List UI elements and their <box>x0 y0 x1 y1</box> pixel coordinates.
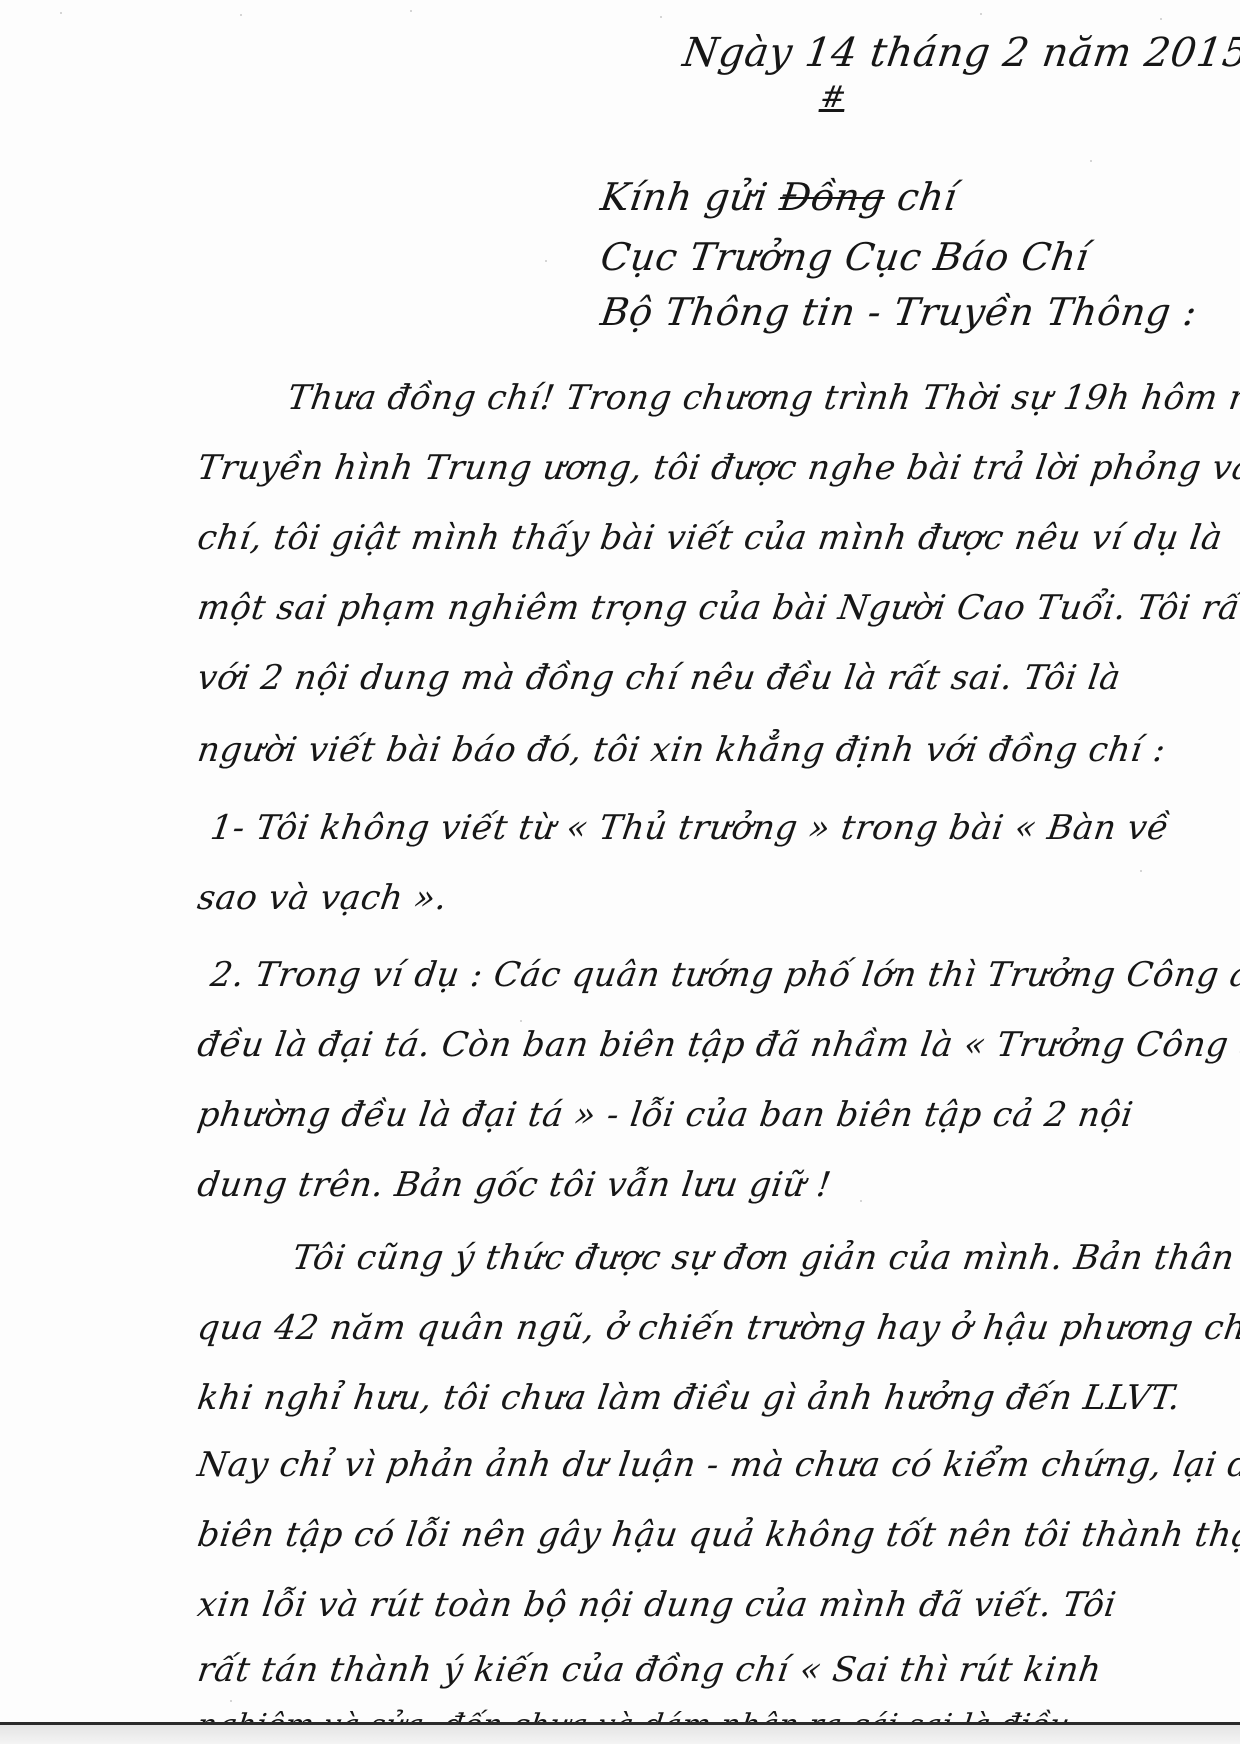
body-line: qua 42 năm quân ngũ, ở chiến trường hay … <box>195 1308 1240 1348</box>
body-line: Tôi cũng ý thức được sự đơn giản của mìn… <box>290 1238 1240 1278</box>
scan-speckle <box>660 16 662 18</box>
salutation-suffix: chí <box>894 175 960 219</box>
scan-speckle <box>230 1700 232 1702</box>
salutation-prefix: Kính gửi <box>598 175 771 219</box>
scan-speckle <box>860 1200 862 1202</box>
scan-speckle <box>240 14 242 16</box>
body-line: biên tập có lỗi nên gây hậu quả không tố… <box>195 1515 1240 1555</box>
body-line: với 2 nội dung mà đồng chí nêu đều là rấ… <box>195 658 1123 698</box>
body-line: chí, tôi giật mình thấy bài viết của mìn… <box>195 518 1225 558</box>
body-line: khi nghỉ hưu, tôi chưa làm điều gì ảnh h… <box>195 1378 1183 1418</box>
list-item-2-line: đều là đại tá. Còn ban biên tập đã nhầm … <box>195 1025 1240 1065</box>
list-item-2-line: dung trên. Bản gốc tôi vẫn lưu giữ ! <box>195 1165 834 1205</box>
body-line: người viết bài báo đó, tôi xin khẳng địn… <box>195 730 1168 770</box>
body-line: Nay chỉ vì phản ảnh dư luận - mà chưa có… <box>195 1445 1240 1485</box>
scanned-letter-page: Ngày 14 tháng 2 năm 2015 # Kính gửi Đồng… <box>0 0 1240 1744</box>
scan-speckle <box>60 12 62 14</box>
scan-speckle <box>1160 18 1162 20</box>
list-item-2-line: phường đều là đại tá » - lỗi của ban biê… <box>195 1095 1136 1135</box>
salutation-line-1: Kính gửi Đồng chí <box>598 175 960 219</box>
letter-date: Ngày 14 tháng 2 năm 2015 <box>680 30 1240 76</box>
list-item-2-line: 2. Trong ví dụ : Các quân tướng phố lớn … <box>208 955 1240 995</box>
salutation-struck-word: Đồng <box>777 175 888 219</box>
body-line: Thưa đồng chí! Trong chương trình Thời s… <box>285 378 1240 418</box>
scan-speckle <box>1140 870 1142 872</box>
scan-bottom-shadow <box>0 1725 1240 1744</box>
scan-speckle <box>1090 160 1092 162</box>
scan-speckle <box>520 1020 522 1022</box>
body-line: rất tán thành ý kiến của đồng chí « Sai … <box>195 1650 1104 1690</box>
list-item-1-line: 1- Tôi không viết từ « Thủ trưởng » tron… <box>208 808 1172 848</box>
salutation-line-3: Bộ Thông tin - Truyền Thông : <box>598 290 1200 334</box>
body-line: Truyền hình Trung ương, tôi được nghe bà… <box>195 448 1240 488</box>
body-line: một sai phạm nghiêm trọng của bài Người … <box>195 588 1240 628</box>
salutation-line-2: Cục Trưởng Cục Báo Chí <box>598 235 1092 279</box>
letter-mark: # <box>818 80 849 115</box>
list-item-1-line: sao và vạch ». <box>195 878 450 918</box>
scan-speckle <box>410 10 412 12</box>
scan-speckle <box>980 13 982 15</box>
body-line: xin lỗi và rút toàn bộ nội dung của mình… <box>195 1585 1119 1625</box>
scan-speckle <box>545 260 547 262</box>
